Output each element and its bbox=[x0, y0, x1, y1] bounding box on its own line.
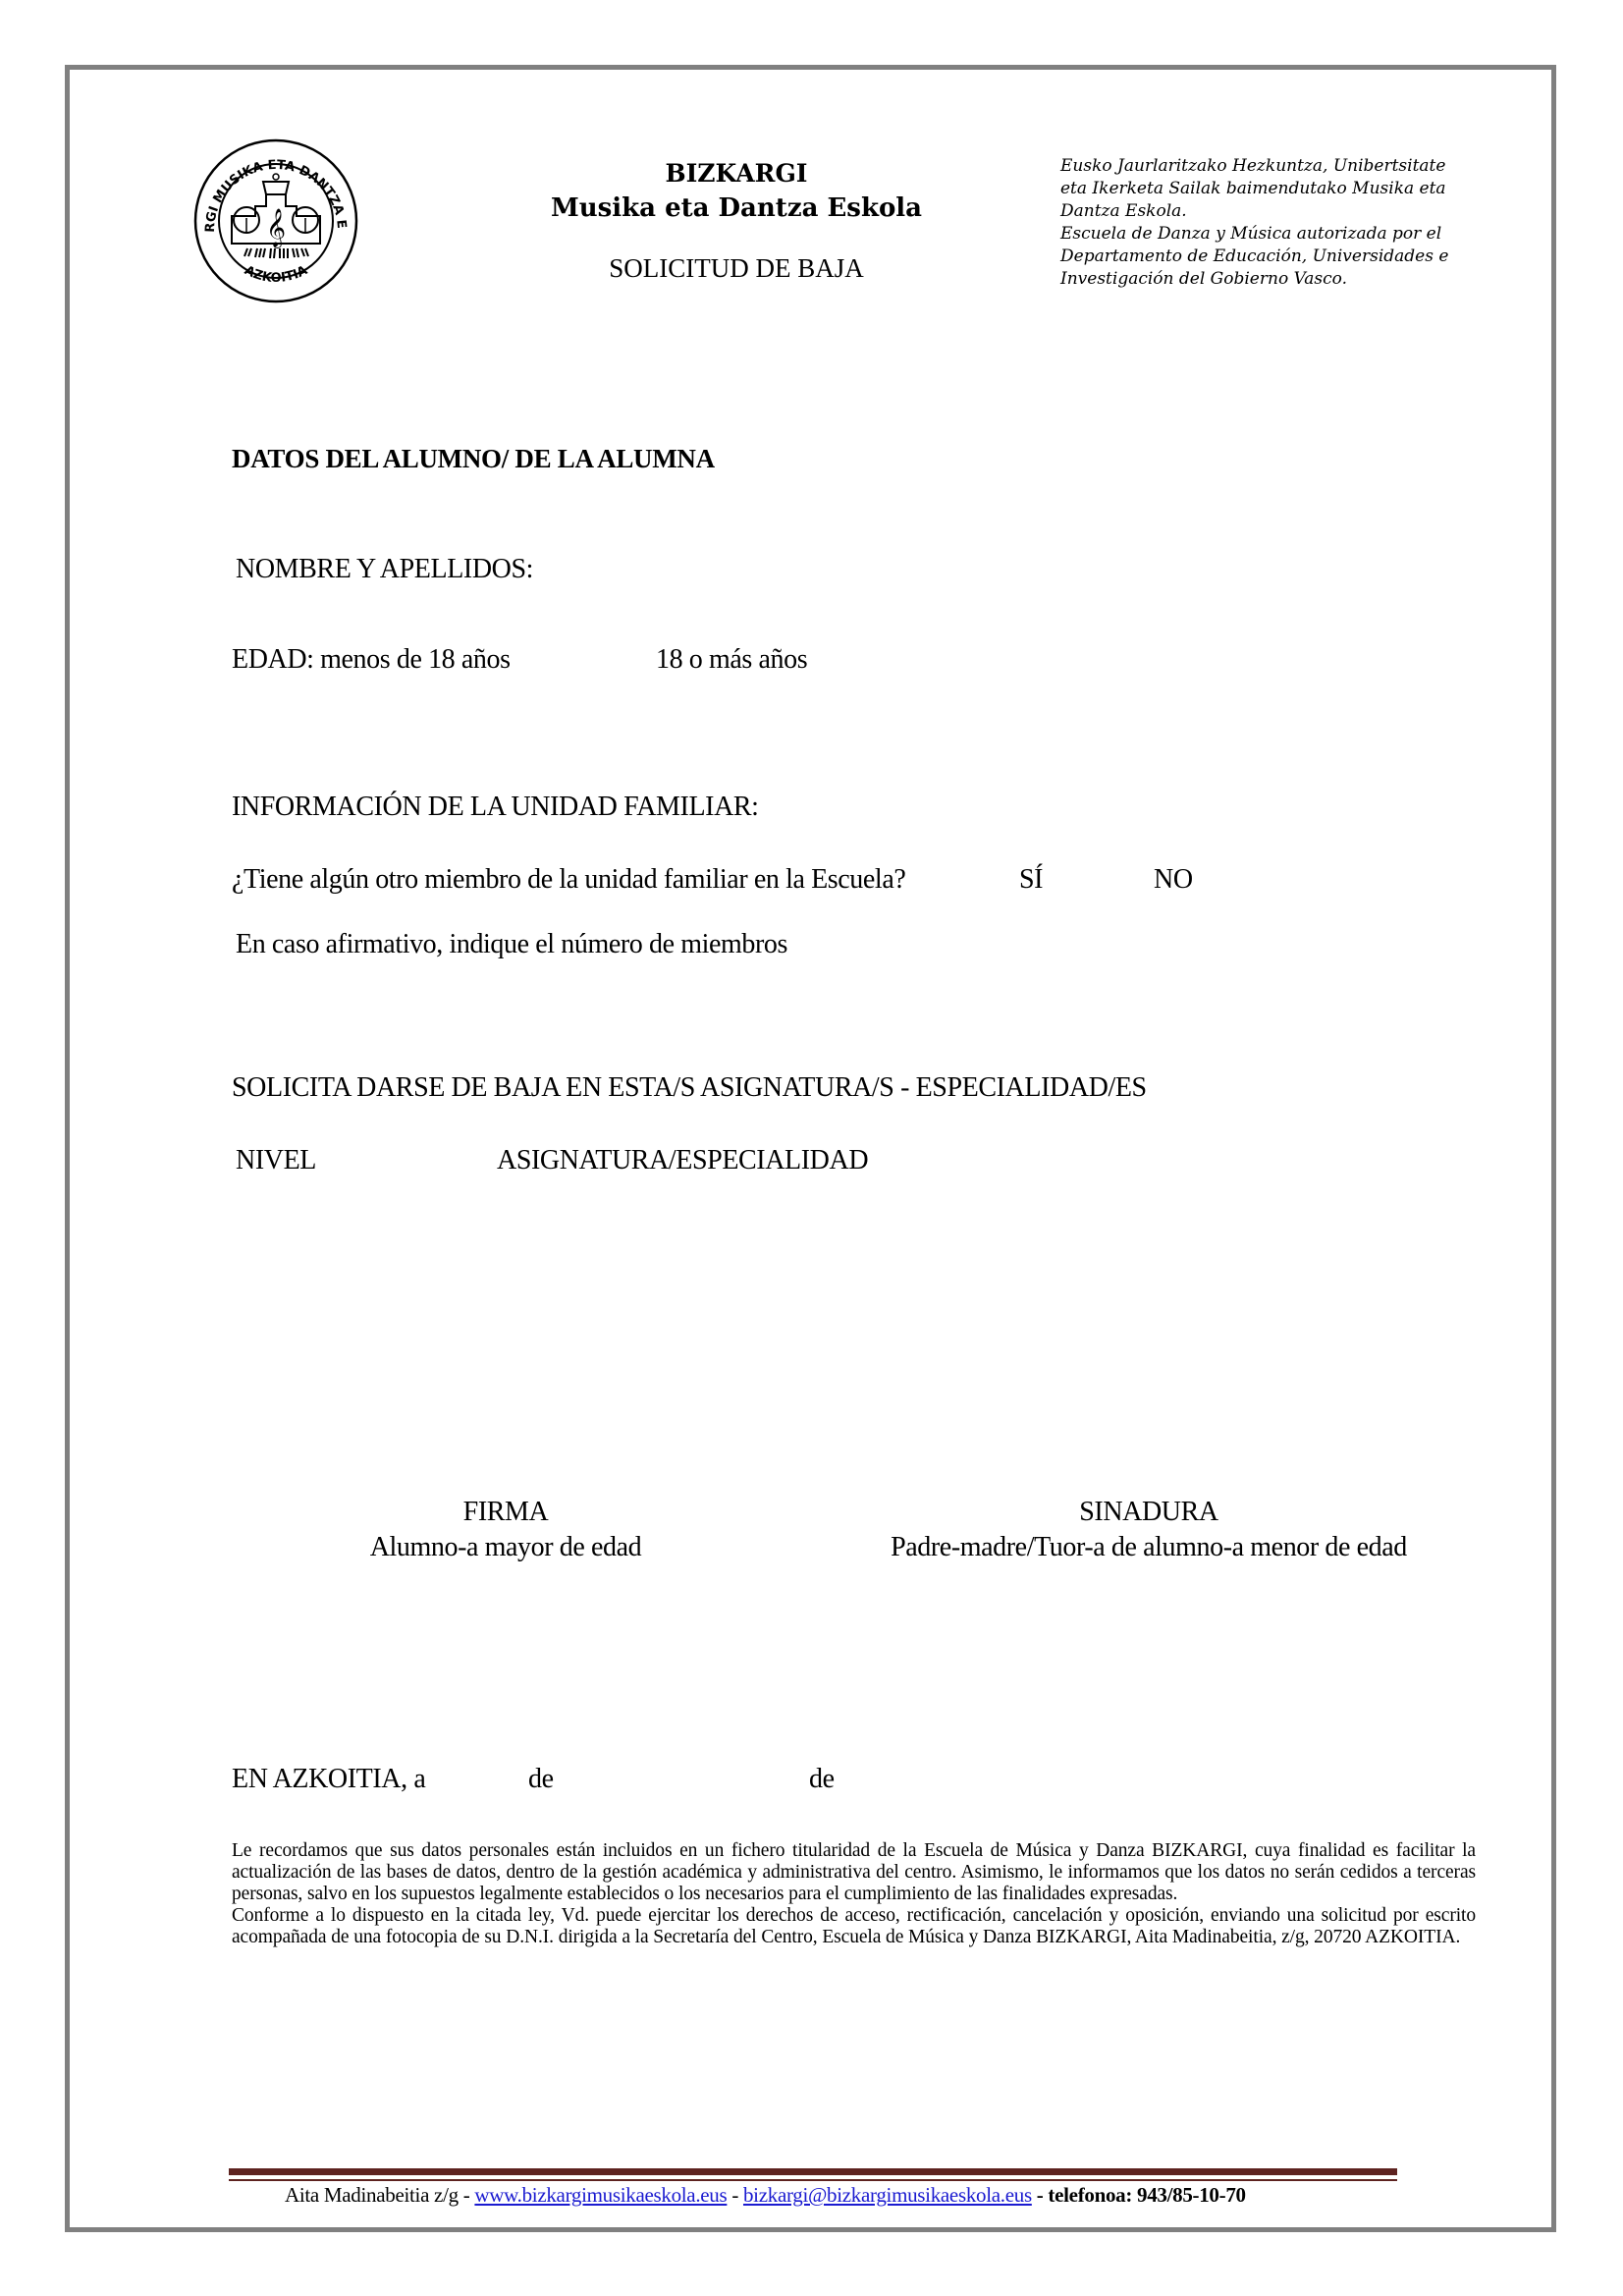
footer-website-link[interactable]: www.bizkargimusikaeskola.eus bbox=[474, 2183, 727, 2207]
authorization-line: Escuela de Danza y Música autorizada por… bbox=[1060, 223, 1502, 246]
svg-text:AZKOITIA: AZKOITIA bbox=[242, 263, 309, 286]
signature-right-subtitle: Padre-madre/Tuor-a de alumno-a menor de … bbox=[844, 1532, 1453, 1563]
place-date-de-1: de bbox=[528, 1764, 554, 1795]
withdrawal-entries-area[interactable] bbox=[232, 1188, 1469, 1453]
footer-separator: - bbox=[731, 2183, 738, 2207]
signature-left-title: FIRMA bbox=[353, 1497, 658, 1528]
authorization-line: Investigación del Gobierno Vasco. bbox=[1060, 268, 1502, 291]
place-date-de-2: de bbox=[809, 1764, 835, 1795]
authorization-line: eta Ikerketa Sailak baimendutako Musika … bbox=[1060, 178, 1502, 200]
withdrawal-section-title: SOLICITA DARSE DE BAJA EN ESTA/S ASIGNAT… bbox=[232, 1072, 1147, 1104]
school-name: BIZKARGI bbox=[530, 159, 943, 188]
footer-contact: Aita Madinabeitia z/g - www.bizkargimusi… bbox=[285, 2183, 1246, 2208]
student-section-title: DATOS DEL ALUMNO/ DE LA ALUMNA bbox=[232, 444, 715, 474]
age-18-plus-option[interactable]: 18 o más años bbox=[656, 644, 807, 676]
members-label: En caso afirmativo, indique el número de… bbox=[236, 929, 787, 960]
name-field[interactable] bbox=[589, 554, 1453, 587]
family-no-option[interactable]: NO bbox=[1154, 864, 1193, 896]
place-date-prefix: EN AZKOITIA, a bbox=[232, 1764, 425, 1795]
footer-email-link[interactable]: bizkargi@bizkargimusikaeskola.eus bbox=[743, 2183, 1032, 2207]
authorization-line: Departamento de Educación, Universidades… bbox=[1060, 246, 1502, 268]
authorization-line: Dantza Eskola. bbox=[1060, 200, 1502, 223]
signature-left-subtitle: Alumno-a mayor de edad bbox=[334, 1532, 677, 1563]
footer-phone: - telefonoa: 943/85-10-70 bbox=[1037, 2183, 1246, 2207]
age-under-18-option[interactable]: EDAD: menos de 18 años bbox=[232, 644, 511, 676]
family-yes-option[interactable]: SÍ bbox=[1019, 864, 1043, 896]
legal-paragraph-2: Conforme a lo dispuesto en la citada ley… bbox=[232, 1905, 1476, 1948]
logo-emblem-icon: BIZKARGI MUSIKA ETA DANTZA ESKOLA AZKOIT… bbox=[192, 137, 359, 304]
svg-text:𝄞: 𝄞 bbox=[266, 208, 286, 248]
legal-paragraph-1: Le recordamos que sus datos personales e… bbox=[232, 1840, 1476, 1905]
signature-right-title: SINADURA bbox=[854, 1497, 1443, 1528]
school-logo: BIZKARGI MUSIKA ETA DANTZA ESKOLA AZKOIT… bbox=[192, 137, 359, 304]
column-header-level: NIVEL bbox=[236, 1145, 316, 1176]
footer-divider-thick bbox=[229, 2168, 1397, 2175]
footer-address: Aita Madinabeitia z/g - bbox=[285, 2183, 469, 2207]
family-question: ¿Tiene algún otro miembro de la unidad f… bbox=[232, 864, 905, 896]
family-section-title: INFORMACIÓN DE LA UNIDAD FAMILIAR: bbox=[232, 792, 759, 823]
footer-divider-thin bbox=[229, 2179, 1397, 2181]
legal-notice: Le recordamos que sus datos personales e… bbox=[232, 1840, 1476, 1948]
column-header-subject: ASIGNATURA/ESPECIALIDAD bbox=[497, 1145, 868, 1176]
members-count-field[interactable] bbox=[864, 929, 1159, 962]
authorization-line: Eusko Jaurlaritzako Hezkuntza, Unibertsi… bbox=[1060, 155, 1502, 178]
school-subtitle: Musika eta Dantza Eskola bbox=[511, 193, 962, 223]
name-label: NOMBRE Y APELLIDOS: bbox=[236, 554, 533, 585]
form-title: SOLICITUD DE BAJA bbox=[530, 253, 943, 284]
authorization-notice: Eusko Jaurlaritzako Hezkuntza, Unibertsi… bbox=[1060, 155, 1502, 291]
